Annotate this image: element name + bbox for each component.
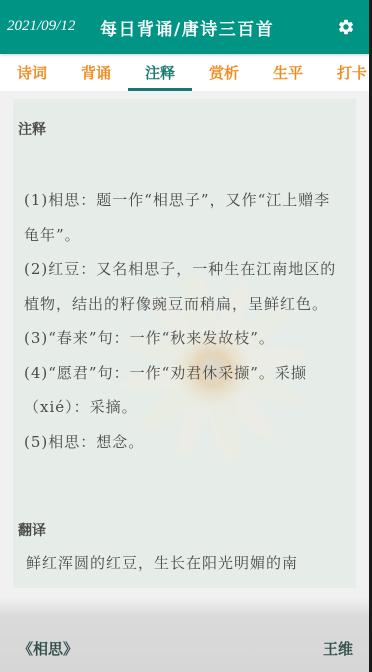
tab-label: 打卡 [337, 62, 367, 83]
tab-label: 背诵 [81, 62, 111, 83]
content-card[interactable]: 注释 (1)相思：题一作“相思子”，又作“江上赠李龟年”。 (2)红豆：又名相思… [13, 99, 356, 588]
tab-bar: 诗词 背诵 注释 赏析 生平 打卡 [0, 54, 369, 91]
translation-heading: 翻译 [18, 520, 46, 540]
tab-poem[interactable]: 诗词 [0, 54, 64, 91]
note-item: (2)红豆：又名相思子，一种生在江南地区的植物，结出的籽像豌豆而稍扁，呈鲜红色。 [24, 252, 344, 321]
tab-label: 诗词 [17, 62, 47, 83]
translation-text: 鲜红浑圆的红豆，生长在阳光明媚的南 [26, 552, 346, 573]
tab-label: 赏析 [209, 62, 239, 83]
app-screen: 2021/09/12 每日背诵/唐诗三百首 诗词 背诵 注释 赏析 生平 打卡 [0, 0, 372, 672]
tab-recite[interactable]: 背诵 [64, 54, 128, 91]
note-item: (3)“春来”句：一作“秋来发故枝”。 [24, 321, 344, 356]
poem-title: 《相思》 [18, 638, 78, 659]
note-item: (1)相思：题一作“相思子”，又作“江上赠李龟年”。 [24, 183, 344, 252]
note-item: (4)“愿君”句：一作“劝君休采撷”。采撷（xié）：采摘。 [24, 356, 344, 425]
header-title: 每日背诵/唐诗三百首 [100, 15, 274, 40]
tab-label: 生平 [273, 62, 303, 83]
note-item: (5)相思：想念。 [24, 425, 344, 460]
poem-author: 王维 [323, 638, 353, 659]
tab-checkin[interactable]: 打卡 [320, 54, 372, 91]
gear-icon[interactable] [337, 18, 355, 36]
header-date: 2021/09/12 [7, 18, 75, 35]
poem-footer: 《相思》 王维 [0, 598, 369, 672]
tab-biography[interactable]: 生平 [256, 54, 320, 91]
notes-list: (1)相思：题一作“相思子”，又作“江上赠李龟年”。 (2)红豆：又名相思子，一… [24, 183, 344, 459]
tab-annotation[interactable]: 注释 [128, 54, 192, 91]
tab-label: 注释 [145, 62, 175, 83]
active-tab-indicator [128, 88, 192, 91]
app-header: 2021/09/12 每日背诵/唐诗三百首 [0, 0, 369, 54]
tab-appreciation[interactable]: 赏析 [192, 54, 256, 91]
notes-heading: 注释 [18, 119, 46, 139]
